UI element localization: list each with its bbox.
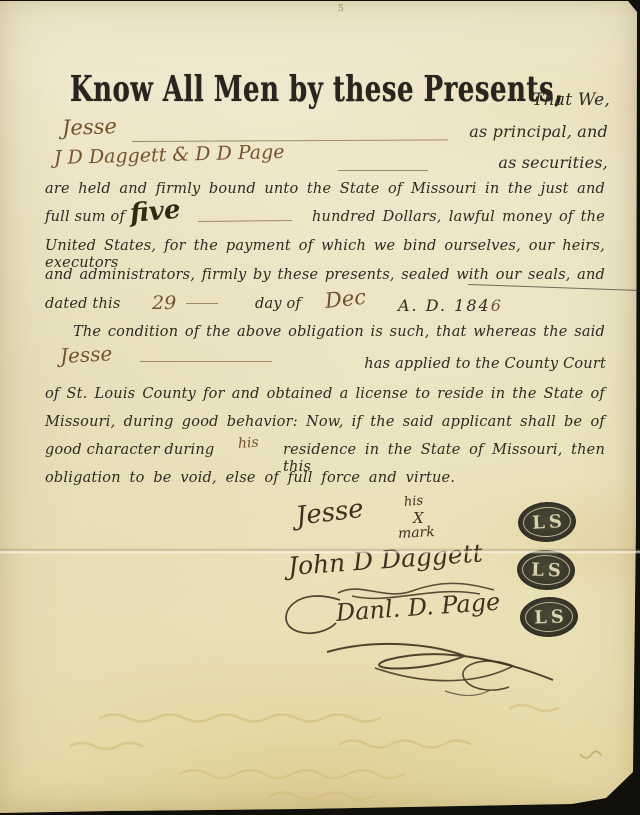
principal-label: as principal, and xyxy=(469,122,608,141)
sum-amount-handwritten: five xyxy=(129,195,182,229)
title-suffix: That We, xyxy=(532,90,610,110)
seal-text: LS xyxy=(530,606,568,628)
body-line-5-mid: day of xyxy=(255,296,301,313)
principal-name-handwritten: Jesse xyxy=(62,114,118,140)
date-era: A. D. 1846 xyxy=(398,296,503,315)
pronoun-handwritten: his xyxy=(237,435,259,452)
condition-line-2-post: has applied to the County Court xyxy=(364,356,606,373)
signature-paraph xyxy=(315,636,560,698)
seal-text: LS xyxy=(528,511,567,534)
blank-rule xyxy=(140,361,272,362)
fold-crease xyxy=(0,548,640,554)
ink-bleedthrough xyxy=(40,700,605,808)
document-title: Know All Men by these Presents, xyxy=(70,70,510,111)
condition-line-5-pre: good character during xyxy=(45,442,214,459)
page-edge-mark: 5 xyxy=(338,4,344,14)
body-line-2-post: hundred Dollars, lawful money of the xyxy=(312,209,605,226)
year-digit-handwritten: 6 xyxy=(491,296,503,315)
condition-name-handwritten: Jesse xyxy=(59,341,112,368)
body-line-4: and administrators, firmly by these pres… xyxy=(45,267,605,284)
blank-rule xyxy=(186,303,218,304)
condition-line-1: The condition of the above obligation is… xyxy=(45,324,605,341)
body-line-5-pre: dated this xyxy=(45,296,120,313)
his-mark-word-top: his xyxy=(403,493,423,510)
his-mark-word-bottom: mark xyxy=(398,524,436,542)
date-month-handwritten: Dec xyxy=(324,285,367,313)
era-printed: A. D. 184 xyxy=(398,296,491,315)
condition-line-3: of St. Louis County for and obtained a l… xyxy=(45,386,605,403)
securities-label: as securities, xyxy=(498,153,608,172)
date-day-handwritten: 29 xyxy=(152,292,176,314)
body-line-2-pre: full sum of xyxy=(45,209,125,226)
body-line-1: are held and firmly bound unto the State… xyxy=(45,181,605,198)
condition-line-6: obligation to be void, else of full forc… xyxy=(45,470,455,487)
condition-line-4: Missouri, during good behavior: Now, if … xyxy=(45,414,605,431)
blank-rule xyxy=(338,170,428,171)
seal-text: LS xyxy=(527,559,565,581)
